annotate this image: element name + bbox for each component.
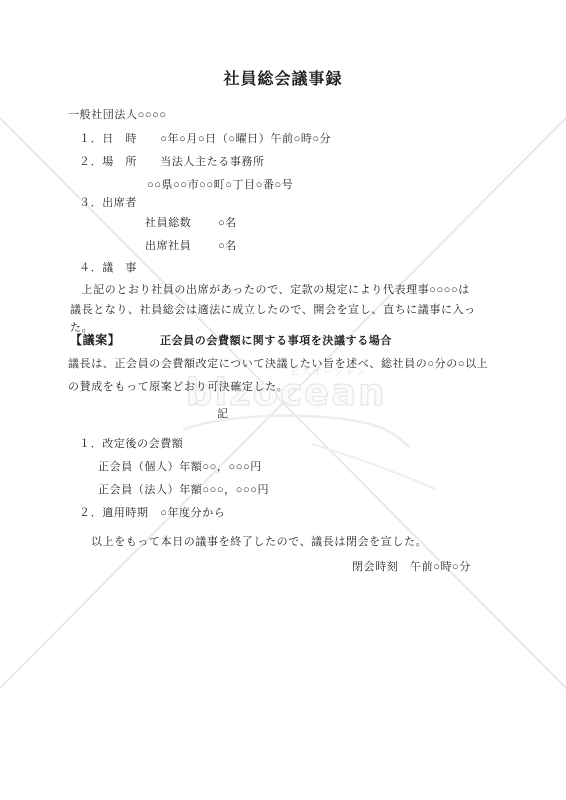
organization-name: 一般社団法人○○○○ [68,106,167,122]
attendee-row-present: 出席社員○名 [145,237,237,253]
attendee-total-value: ○名 [218,217,237,229]
item-place-address: ○○県○○市○○町○丁目○番○号 [147,176,293,192]
document-page: ビズオーシャン bizocean 社員総会議事録 一般社団法人○○○○ １．日 … [0,0,566,800]
closing-time: 閉会時刻 午前○時○分 [352,558,471,574]
attendee-total-label: 社員総数 [145,214,218,230]
closing-paragraph: 以上をもって本日の議事を終了したので、議長は閉会を宣した。 [91,533,427,549]
agenda-heading: 【議案】 正会員の会費額に関する事項を決議する場合 [70,331,490,347]
attendee-present-label: 出席社員 [145,237,218,253]
document-content: 社員総会議事録 一般社団法人○○○○ １．日 時 ○年○月○日（○曜日）午前○時… [0,0,566,800]
agenda-title-text: 正会員の会費額に関する事項を決議する場合 [160,332,392,348]
resolution-paragraph-line1: 議長は、正会員の会費額改定について決議したい旨を述べ、総社員の○分の○以上 [68,355,488,371]
item-proceedings-heading: ４．議 事 [79,259,137,275]
fee-section-heading: １．改定後の会費額 [79,435,183,451]
item-place: ２．場 所 当法人主たる事務所 [79,153,265,169]
agenda-bracket-label: 【議案】 [70,331,120,348]
fee-individual-line: 正会員（個人）年額○○，○○○円 [98,458,262,474]
item-datetime: １．日 時 ○年○月○日（○曜日）午前○時○分 [79,130,331,146]
attendee-row-total: 社員総数○名 [145,214,237,230]
opening-paragraph-line1: 上記のとおり社員の出席があったので、定款の規定により代表理事○○○○は [70,281,470,297]
attendee-present-value: ○名 [218,240,237,252]
notice-mark: 記 [217,405,229,421]
fee-corporate-line: 正会員（法人）年額○○○，○○○円 [98,481,269,497]
item-attendees-heading: ３．出席者 [79,194,137,210]
application-period-line: ２．適用時期 ○年度分から [79,504,225,520]
resolution-paragraph-line2: の賛成をもって原案どおり可決確定した。 [68,378,288,394]
opening-paragraph-line2: 議長となり、社員総会は適法に成立したので、開会を宣し、直ちに議事に入っ [70,301,476,317]
document-title: 社員総会議事録 [0,66,566,89]
